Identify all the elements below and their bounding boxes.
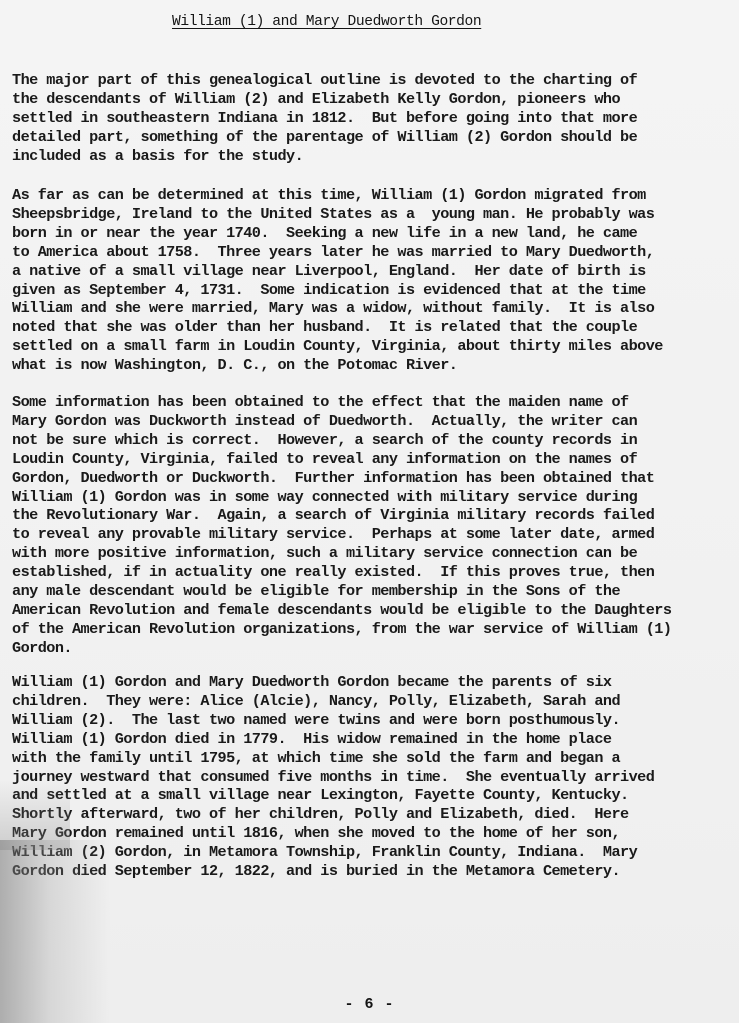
paragraph-introduction: The major part of this genealogical outl… xyxy=(12,71,728,166)
paragraph-children-journey: William (1) Gordon and Mary Duedworth Go… xyxy=(12,673,728,881)
paragraph-maiden-name-military: Some information has been obtained to th… xyxy=(12,393,728,658)
page-number: - 6 - xyxy=(0,996,739,1013)
paragraph-migration: As far as can be determined at this time… xyxy=(12,186,728,375)
document-title: William (1) and Mary Duedworth Gordon xyxy=(172,14,481,30)
document-page: William (1) and Mary Duedworth Gordon Th… xyxy=(0,0,739,1023)
